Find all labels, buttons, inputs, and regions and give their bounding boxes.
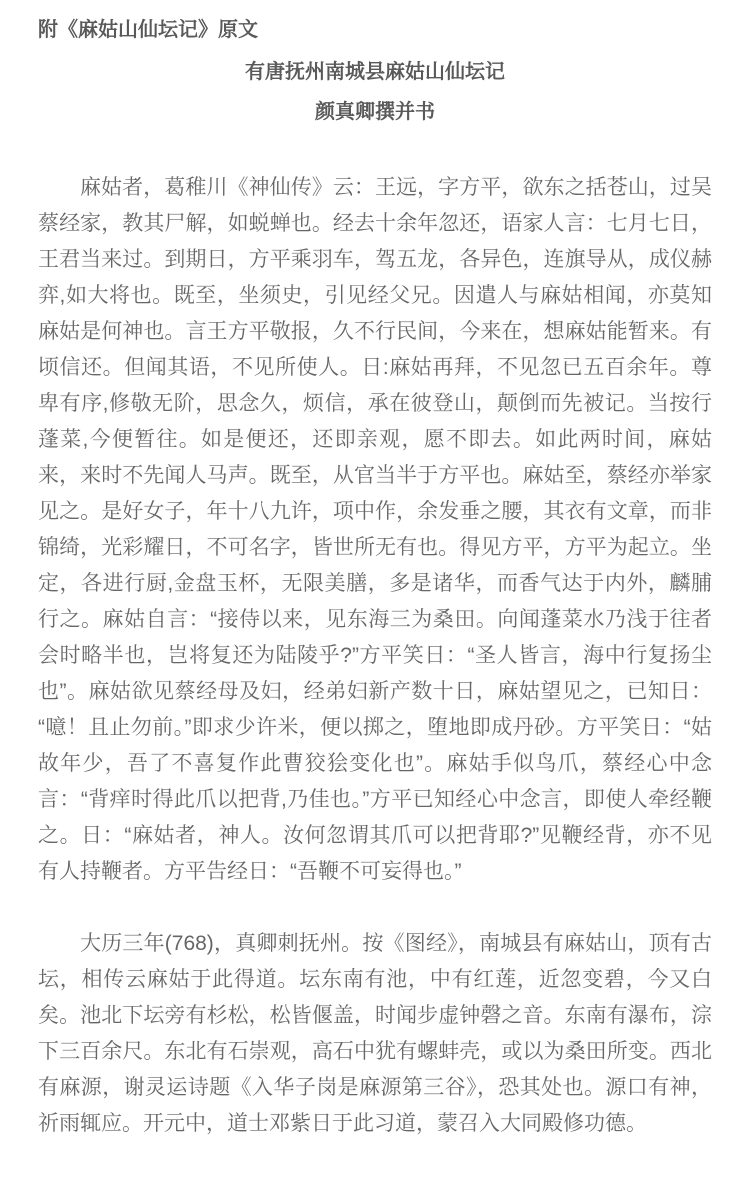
document-author-line: 颜真卿撰并书 [38, 100, 712, 124]
paragraph-2: 大历三年(768)，真卿刺抚州。按《图经》，南城县有麻姑山，顶有古坛，相传云麻姑… [38, 926, 712, 1142]
paragraph-1: 麻姑者，葛稚川《神仙传》云：王远，字方平，欲东之括苍山，过吴蔡经家，教其尸解，如… [38, 170, 712, 890]
document-body: 麻姑者，葛稚川《神仙传》云：王远，字方平，欲东之括苍山，过吴蔡经家，教其尸解，如… [38, 170, 712, 1142]
attachment-title: 附《麻姑山仙坛记》原文 [38, 18, 712, 42]
document-title: 有唐抚州南城县麻姑山仙坛记 [38, 60, 712, 84]
document-page: 附《麻姑山仙坛记》原文 有唐抚州南城县麻姑山仙坛记 颜真卿撰并书 麻姑者，葛稚川… [0, 0, 750, 1186]
